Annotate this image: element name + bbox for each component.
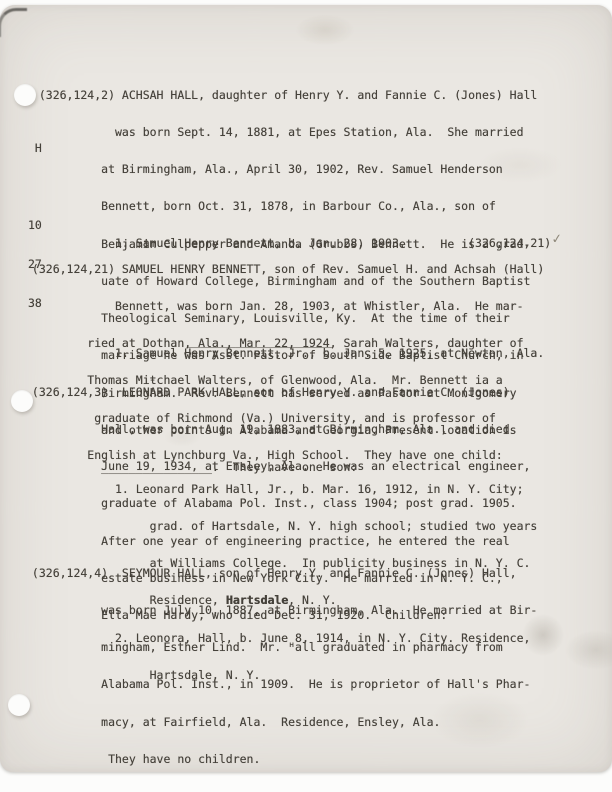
genealogy-entry-seymour-hall: (326,124,4) SEYMOUR HALL, son of Henry Y… <box>25 542 537 790</box>
pencil-checkmark: ✓ <box>551 233 563 246</box>
text-line: (326,124,2) ACHSAH HALL, daughter of Hen… <box>25 89 537 101</box>
text-line: Bennett, born Oct. 31, 1878, in Barbour … <box>25 200 537 212</box>
text-line: 1. Samuel Henry Bennett, Jr., b. Jan. 5,… <box>25 347 544 359</box>
text-line: (326,124,21) SAMUEL HENRY BENNETT, son o… <box>25 263 544 275</box>
text-line: was born Sept. 14, 1881, at Epes Station… <box>25 126 537 138</box>
page-corner-shadow <box>0 8 27 37</box>
section-divider-rule: _____________________ <box>187 335 332 347</box>
text-line: Alabama Pol. Inst., in 1909. He is propr… <box>25 678 537 690</box>
text-line: at Birmingham, Ala., April 30, 1902, Rev… <box>25 163 537 175</box>
text-line: macy, at Fairfield, Ala. Residence, Ensl… <box>25 716 537 728</box>
text-line: mingham, Esther Lind. Mr. ᴴall graduated… <box>25 641 537 653</box>
text-line: (326,124,3) LEONARD PARK HALL, son of He… <box>25 386 530 398</box>
text-line: Bennett, was born Jan. 28, 1903, at Whis… <box>25 300 544 312</box>
text-line: Hall, was born Aug. 19, 1883, at Birming… <box>25 423 530 435</box>
text-line: (326,124,4) SEYMOUR HALL, son of Henry Y… <box>25 567 537 579</box>
text-line: They have no children. <box>25 753 537 765</box>
scanned-typewritten-page: H 10 27 38 (326,124,2) ACHSAH HALL, daug… <box>0 5 612 772</box>
text-line: was born July 10, 1887, at Birmingham, A… <box>25 604 537 616</box>
text-line: grad. of Hartsdale, N. Y. high school; s… <box>25 520 537 532</box>
text-line: 1. Leonard Park Hall, Jr., b. Mar. 16, 1… <box>25 483 537 495</box>
